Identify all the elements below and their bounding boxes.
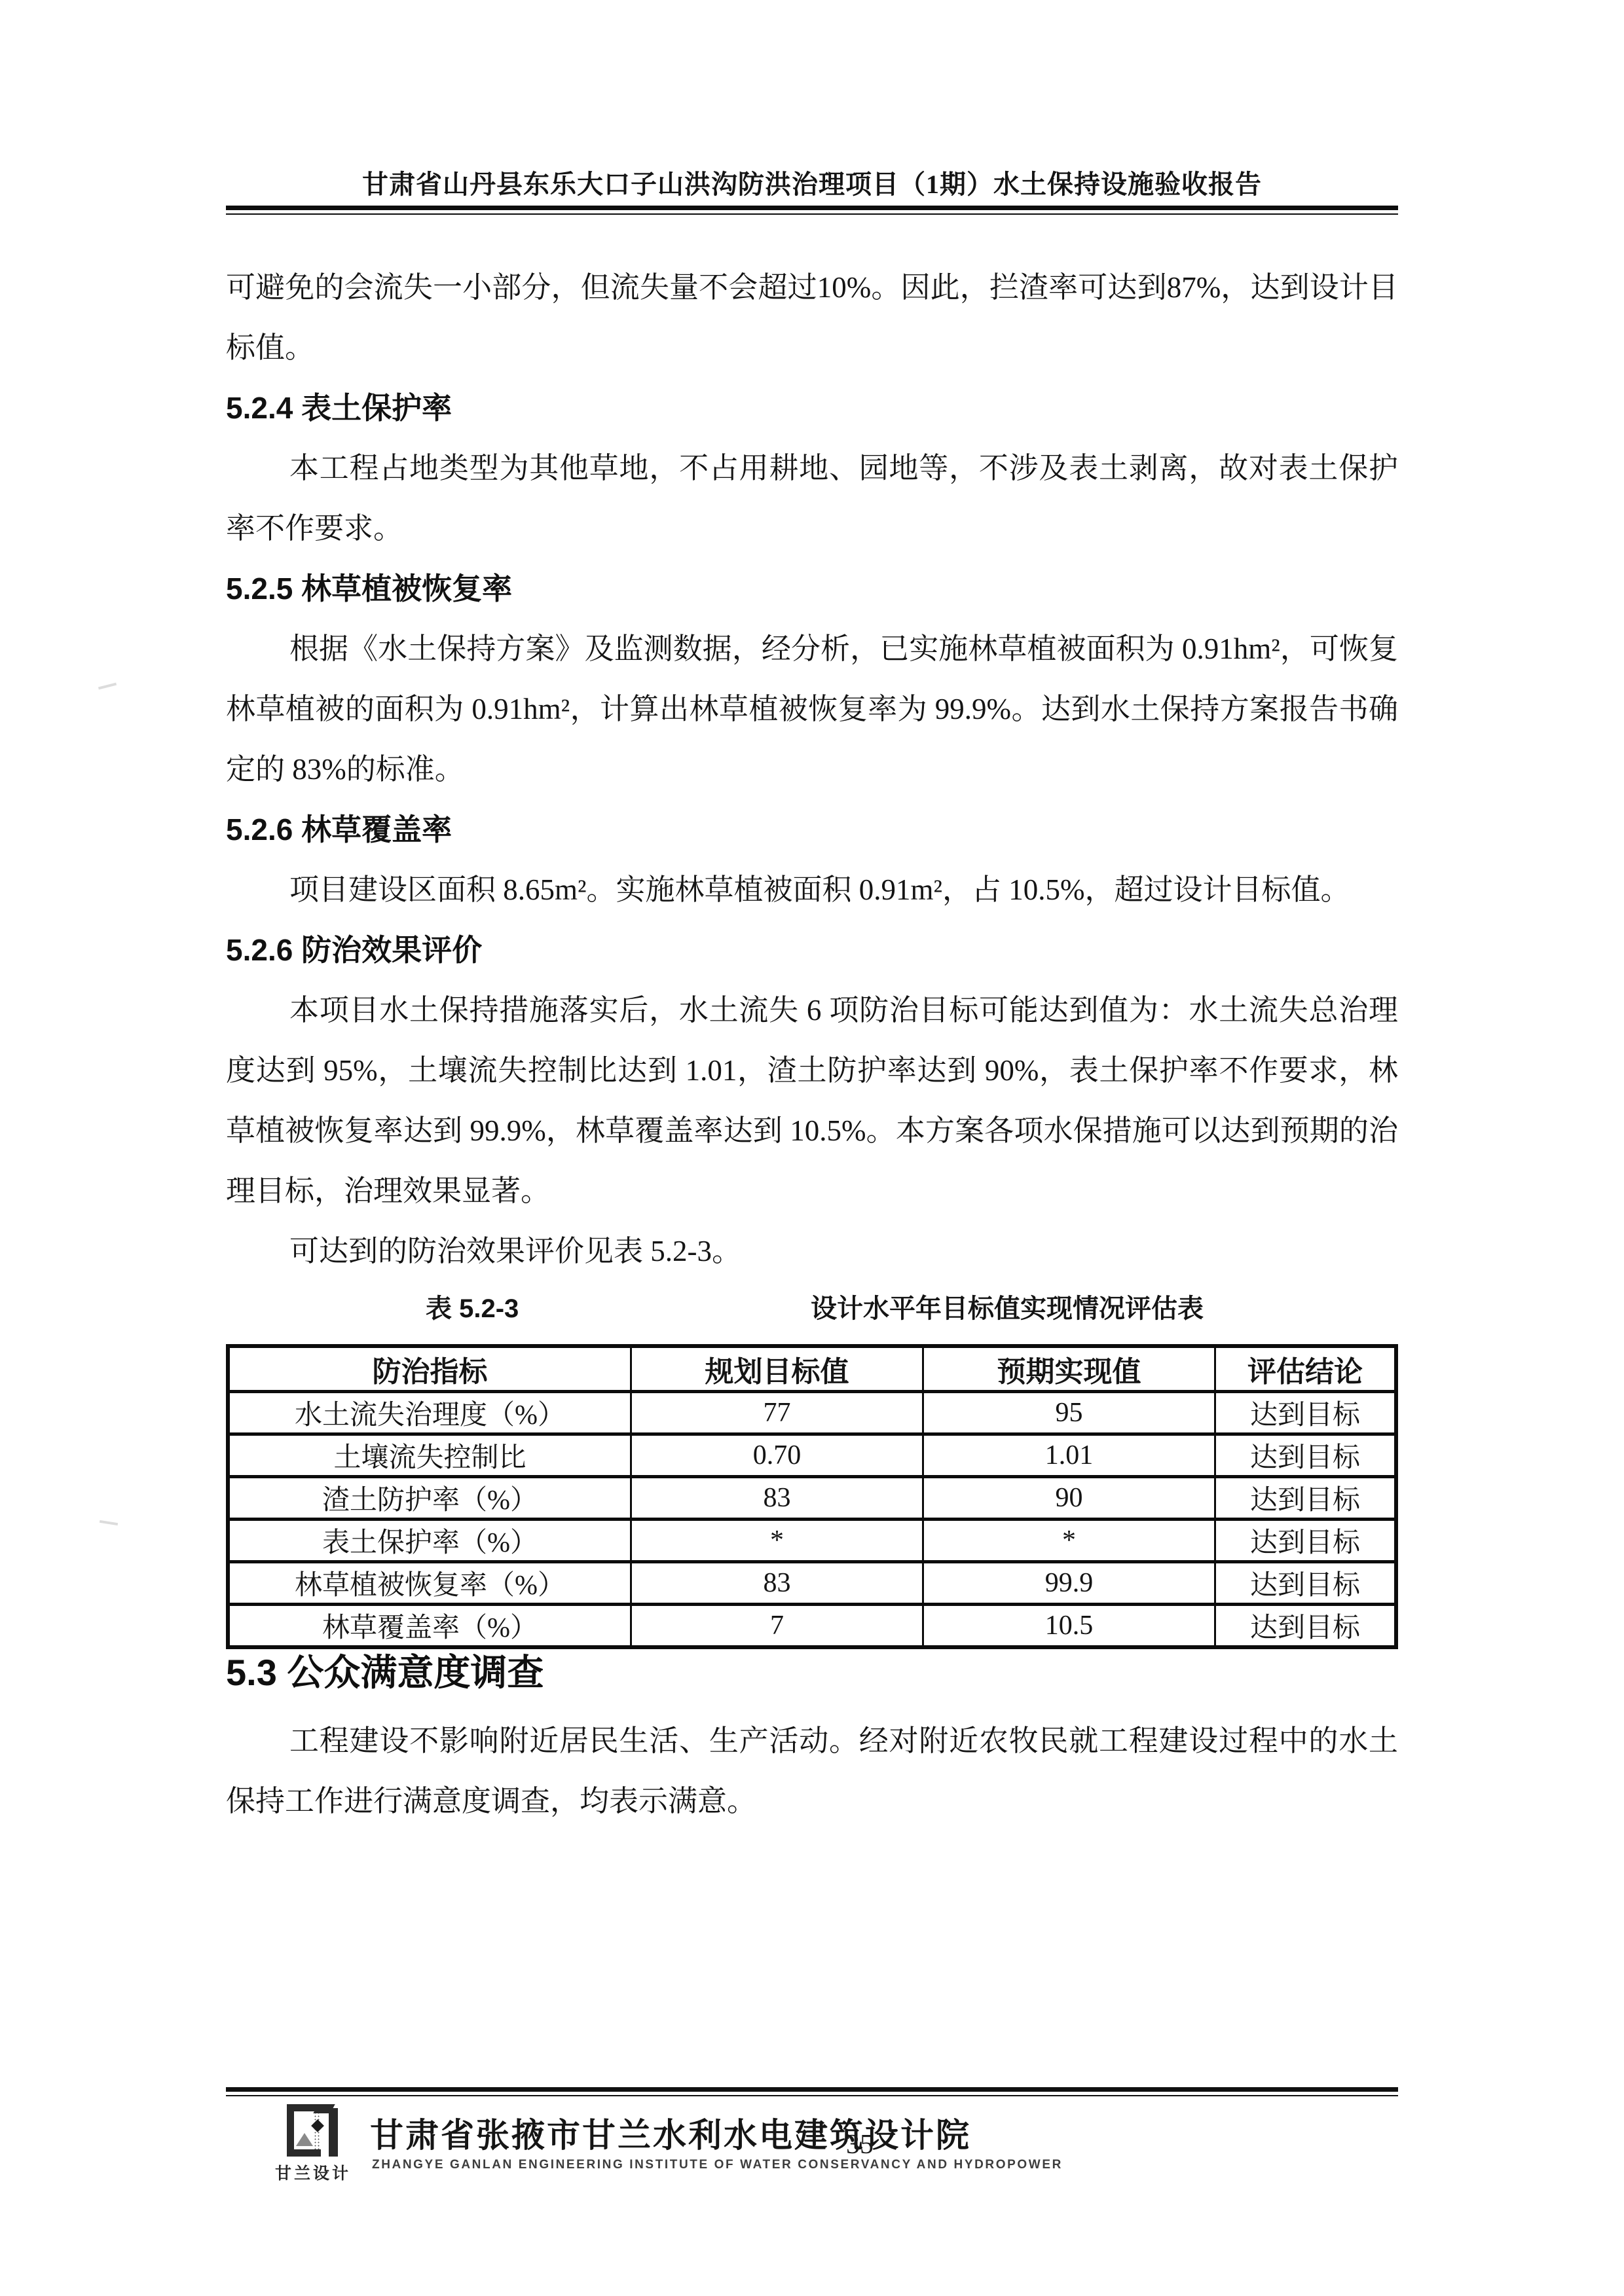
institute-name-en: ZHANGYE GANLAN ENGINEERING INSTITUTE OF … <box>372 2158 1063 2172</box>
footer-rule-thick <box>226 2087 1398 2092</box>
table-cell-indicator: 表土保护率（%） <box>228 1520 631 1562</box>
table-cell-expected: 10.5 <box>923 1605 1215 1648</box>
table-cell-planned: 77 <box>631 1392 923 1434</box>
table-caption-title: 设计水平年目标值实现情况评估表 <box>811 1289 1204 1328</box>
paragraph-5-3: 工程建设不影响附近居民生活、生产活动。经对附近农牧民就工程建设过程中的水土保持工… <box>226 1711 1398 1831</box>
header-rule-thick <box>226 206 1398 210</box>
table-cell-planned: 0.70 <box>631 1434 923 1477</box>
table-cell-conclusion: 达到目标 <box>1215 1520 1396 1562</box>
table-cell-planned: 83 <box>631 1477 923 1520</box>
running-header-title: 甘肃省山丹县东乐大口子山洪沟防洪治理项目（1期）水土保持设施验收报告 <box>226 164 1398 201</box>
header-rule-thin <box>226 213 1398 215</box>
table-cell-conclusion: 达到目标 <box>1215 1605 1396 1648</box>
column-header-conclusion: 评估结论 <box>1215 1346 1396 1392</box>
footer-rule-thin <box>226 2095 1398 2096</box>
section-heading-5-2-6-effect: 5.2.6 防治效果评价 <box>226 920 1398 980</box>
institute-name-cn: 甘肃省张掖市甘兰水利水电建筑设计院 <box>370 2108 971 2157</box>
table-row: 表土保护率（%） * * 达到目标 <box>228 1520 1396 1562</box>
column-header-planned: 规划目标值 <box>631 1346 923 1392</box>
table-cell-indicator: 林草植被恢复率（%） <box>228 1562 631 1605</box>
table-header-row: 防治指标 规划目标值 预期实现值 评估结论 <box>228 1346 1396 1392</box>
paragraph-5-2-6-effect: 本项目水土保持措施落实后，水土流失 6 项防治目标可能达到值为：水土流失总治理度… <box>226 980 1398 1221</box>
table-cell-indicator: 水土流失治理度（%） <box>228 1392 631 1434</box>
section-heading-5-2-4: 5.2.4 表土保护率 <box>226 378 1398 438</box>
table-cell-planned: 83 <box>631 1562 923 1605</box>
table-cell-expected: * <box>923 1520 1215 1562</box>
table-cell-conclusion: 达到目标 <box>1215 1477 1396 1520</box>
paragraph-5-2-5: 根据《水土保持方案》及监测数据，经分析，已实施林草植被面积为 0.91hm²，可… <box>226 619 1398 799</box>
table-row: 林草覆盖率（%） 7 10.5 达到目标 <box>228 1605 1396 1648</box>
footer-rule <box>226 2087 1398 2096</box>
column-header-expected: 预期实现值 <box>923 1346 1215 1392</box>
table-caption: 表 5.2-3 设计水平年目标值实现情况评估表 <box>226 1289 1398 1328</box>
header-rule <box>226 206 1398 215</box>
table-cell-planned: 7 <box>631 1605 923 1648</box>
table-cell-planned: * <box>631 1520 923 1562</box>
table-cell-conclusion: 达到目标 <box>1215 1434 1396 1477</box>
table-cell-conclusion: 达到目标 <box>1215 1562 1396 1605</box>
paragraph-5-2-4: 本工程占地类型为其他草地，不占用耕地、园地等，不涉及表土剥离，故对表土保护率不作… <box>226 438 1398 558</box>
column-header-indicator: 防治指标 <box>228 1346 631 1392</box>
section-heading-5-3: 5.3 公众满意度调查 <box>226 1652 1398 1694</box>
table-row: 土壤流失控制比 0.70 1.01 达到目标 <box>228 1434 1396 1477</box>
table-cell-expected: 90 <box>923 1477 1215 1520</box>
table-cell-conclusion: 达到目标 <box>1215 1392 1396 1434</box>
logo-bar-shape <box>329 2108 338 2157</box>
table-cell-expected: 95 <box>923 1392 1215 1434</box>
document-page: 甘肃省山丹县东乐大口子山洪沟防洪治理项目（1期）水土保持设施验收报告 可避免的会… <box>0 0 1624 2296</box>
assessment-table: 防治指标 规划目标值 预期实现值 评估结论 水土流失治理度（%） 77 95 达… <box>226 1344 1398 1649</box>
logo-triangle-shape <box>296 2133 313 2146</box>
table-cell-indicator: 林草覆盖率（%） <box>228 1605 631 1648</box>
logo-caption: 甘兰设计 <box>268 2160 358 2184</box>
table-cell-expected: 99.9 <box>923 1562 1215 1605</box>
table-cell-expected: 1.01 <box>923 1434 1215 1477</box>
table-caption-label: 表 5.2-3 <box>426 1289 519 1328</box>
page-number: 35 <box>846 2129 874 2160</box>
page-content: 可避免的会流失一小部分，但流失量不会超过10%。因此，拦渣率可达到87%，达到设… <box>226 257 1398 1831</box>
section-heading-5-2-6-coverage: 5.2.6 林草覆盖率 <box>226 799 1398 860</box>
scan-artifact <box>100 1520 118 1525</box>
table-row: 渣土防护率（%） 83 90 达到目标 <box>228 1477 1396 1520</box>
table-row: 林草植被恢复率（%） 83 99.9 达到目标 <box>228 1562 1396 1605</box>
table-cell-indicator: 土壤流失控制比 <box>228 1434 631 1477</box>
paragraph-table-reference: 可达到的防治效果评价见表 5.2-3。 <box>226 1221 1398 1281</box>
paragraph-continuation: 可避免的会流失一小部分，但流失量不会超过10%。因此，拦渣率可达到87%，达到设… <box>226 257 1398 378</box>
table-cell-indicator: 渣土防护率（%） <box>228 1477 631 1520</box>
table-row: 水土流失治理度（%） 77 95 达到目标 <box>228 1392 1396 1434</box>
paragraph-5-2-6-coverage: 项目建设区面积 8.65m²。实施林草植被面积 0.91m²，占 10.5%，超… <box>226 860 1398 920</box>
section-heading-5-2-5: 5.2.5 林草植被恢复率 <box>226 558 1398 619</box>
scan-artifact <box>98 683 117 690</box>
ganlan-logo-icon <box>287 2104 339 2157</box>
